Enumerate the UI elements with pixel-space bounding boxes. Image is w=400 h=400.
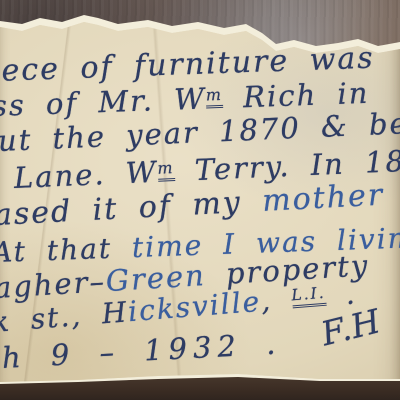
handwriting-layer: iece of furniture was ss of Mr. Wm Rich … bbox=[0, 0, 400, 400]
note-text-segment: Lane. W bbox=[13, 155, 158, 195]
note-text-segment: m bbox=[157, 158, 175, 182]
photo-of-handwritten-note: iece of furniture was ss of Mr. Wm Rich … bbox=[0, 0, 400, 400]
note-text-segment: mother bbox=[261, 178, 385, 219]
note-text-segment: , bbox=[260, 282, 293, 317]
note-text-segment: m bbox=[205, 85, 223, 109]
note-text-segment: L.I. bbox=[291, 284, 327, 309]
